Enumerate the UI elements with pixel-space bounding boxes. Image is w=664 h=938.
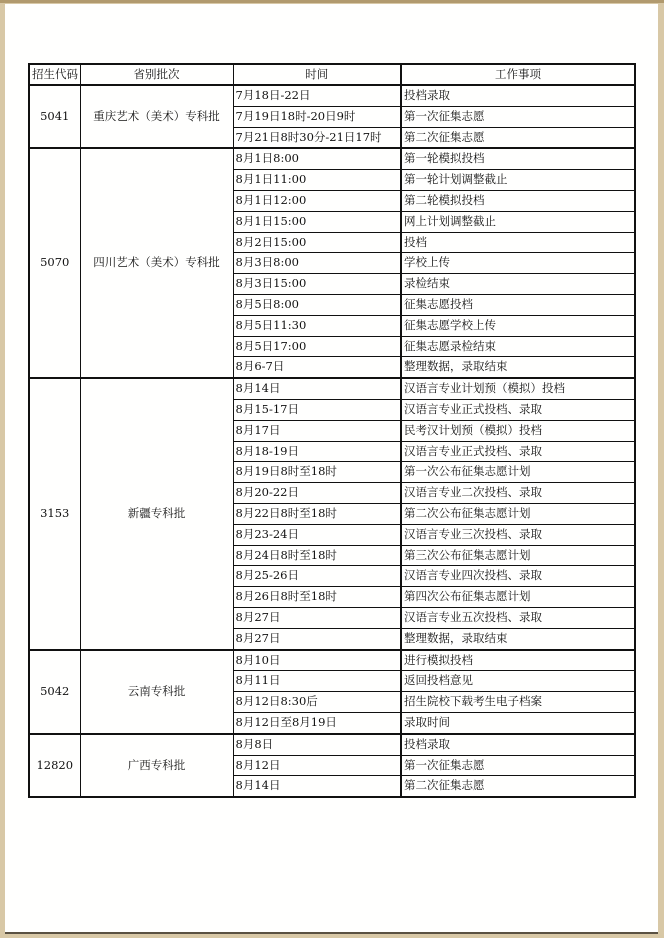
schedule-time: 8月26日8时至18时 [233,587,401,608]
work-item: 投档录取 [401,85,635,106]
province-batch: 新疆专科批 [80,378,233,649]
work-item: 第一次公布征集志愿计划 [401,462,635,483]
schedule-time: 8月3日8:00 [233,253,401,274]
work-item: 第一轮模拟投档 [401,148,635,169]
work-item: 录检结束 [401,274,635,295]
table-row: 5042云南专科批8月10日进行模拟投档 [29,650,635,671]
schedule-time: 7月19日18时-20日9时 [233,106,401,127]
schedule-time: 8月20-22日 [233,483,401,504]
work-item: 征集志愿投档 [401,294,635,315]
work-item: 第一次征集志愿 [401,755,635,776]
province-batch: 云南专科批 [80,650,233,734]
work-item: 第一次征集志愿 [401,106,635,127]
schedule-time: 8月1日8:00 [233,148,401,169]
province-batch: 四川艺术（美术）专科批 [80,148,233,378]
header-code: 招生代码 [29,64,80,85]
schedule-time: 8月1日11:00 [233,170,401,191]
schedule-time: 8月6-7日 [233,357,401,378]
enrollment-code: 12820 [29,734,80,797]
schedule-time: 8月19日8时至18时 [233,462,401,483]
group-12820: 12820广西专科批8月8日投档录取8月12日第一次征集志愿8月14日第二次征集… [29,734,635,797]
work-item: 整理数据，录取结束 [401,628,635,649]
schedule-time: 8月11日 [233,671,401,692]
province-batch: 重庆艺术（美术）专科批 [80,85,233,148]
work-item: 投档录取 [401,734,635,755]
work-item: 第二次公布征集志愿计划 [401,503,635,524]
work-item: 汉语言专业四次投档、录取 [401,566,635,587]
work-item: 第二轮模拟投档 [401,190,635,211]
work-item: 汉语言专业二次投档、录取 [401,483,635,504]
table-row: 5070四川艺术（美术）专科批8月1日8:00第一轮模拟投档 [29,148,635,169]
work-item: 汉语言专业正式投档、录取 [401,441,635,462]
document-page: 招生代码 省别批次 时间 工作事项 5041重庆艺术（美术）专科批7月18日-2… [5,4,658,934]
schedule-time: 8月3日15:00 [233,274,401,295]
schedule-time: 8月12日8:30后 [233,692,401,713]
work-item: 录取时间 [401,712,635,733]
schedule-time: 8月22日8时至18时 [233,503,401,524]
work-item: 进行模拟投档 [401,650,635,671]
table-row: 5041重庆艺术（美术）专科批7月18日-22日投档录取 [29,85,635,106]
work-item: 第四次公布征集志愿计划 [401,587,635,608]
group-5042: 5042云南专科批8月10日进行模拟投档8月11日返回投档意见8月12日8:30… [29,650,635,734]
schedule-time: 8月10日 [233,650,401,671]
table-row: 12820广西专科批8月8日投档录取 [29,734,635,755]
schedule-time: 7月18日-22日 [233,85,401,106]
schedule-time: 8月27日 [233,628,401,649]
work-item: 返回投档意见 [401,671,635,692]
table-row: 3153新疆专科批8月14日汉语言专业计划预（模拟）投档 [29,378,635,399]
group-5070: 5070四川艺术（美术）专科批8月1日8:00第一轮模拟投档8月1日11:00第… [29,148,635,378]
group-3153: 3153新疆专科批8月14日汉语言专业计划预（模拟）投档8月15-17日汉语言专… [29,378,635,649]
work-item: 投档 [401,232,635,253]
schedule-time: 8月1日15:00 [233,211,401,232]
work-item: 学校上传 [401,253,635,274]
schedule-time: 8月5日17:00 [233,336,401,357]
work-item: 征集志愿学校上传 [401,315,635,336]
schedule-time: 8月8日 [233,734,401,755]
schedule-time: 8月12日 [233,755,401,776]
work-item: 民考汉计划预（模拟）投档 [401,420,635,441]
schedule-time: 8月23-24日 [233,524,401,545]
work-item: 网上计划调整截止 [401,211,635,232]
schedule-time: 8月27日 [233,607,401,628]
admission-schedule-table: 招生代码 省别批次 时间 工作事项 5041重庆艺术（美术）专科批7月18日-2… [28,63,636,798]
work-item: 征集志愿录检结束 [401,336,635,357]
schedule-time: 8月12日至8月19日 [233,712,401,733]
schedule-time: 8月14日 [233,776,401,797]
schedule-time: 8月18-19日 [233,441,401,462]
schedule-time: 8月5日11:30 [233,315,401,336]
page-top-border [0,0,664,3]
enrollment-code: 5042 [29,650,80,734]
header-batch: 省别批次 [80,64,233,85]
work-item: 第三次公布征集志愿计划 [401,545,635,566]
work-item: 汉语言专业正式投档、录取 [401,399,635,420]
schedule-time: 8月2日15:00 [233,232,401,253]
enrollment-code: 3153 [29,378,80,649]
province-batch: 广西专科批 [80,734,233,797]
work-item: 汉语言专业三次投档、录取 [401,524,635,545]
header-task: 工作事项 [401,64,635,85]
schedule-time: 8月1日12:00 [233,190,401,211]
enrollment-code: 5041 [29,85,80,148]
schedule-time: 8月15-17日 [233,399,401,420]
work-item: 汉语言专业计划预（模拟）投档 [401,378,635,399]
work-item: 汉语言专业五次投档、录取 [401,607,635,628]
schedule-time: 7月21日8时30分-21日17时 [233,127,401,148]
enrollment-code: 5070 [29,148,80,378]
schedule-time: 8月14日 [233,378,401,399]
schedule-time: 8月5日8:00 [233,294,401,315]
schedule-time: 8月25-26日 [233,566,401,587]
header-time: 时间 [233,64,401,85]
work-item: 整理数据，录取结束 [401,357,635,378]
schedule-time: 8月17日 [233,420,401,441]
work-item: 第二次征集志愿 [401,776,635,797]
table-header-row: 招生代码 省别批次 时间 工作事项 [29,64,635,85]
work-item: 第二次征集志愿 [401,127,635,148]
schedule-time: 8月24日8时至18时 [233,545,401,566]
group-5041: 5041重庆艺术（美术）专科批7月18日-22日投档录取7月19日18时-20日… [29,85,635,148]
work-item: 第一轮计划调整截止 [401,170,635,191]
work-item: 招生院校下载考生电子档案 [401,692,635,713]
